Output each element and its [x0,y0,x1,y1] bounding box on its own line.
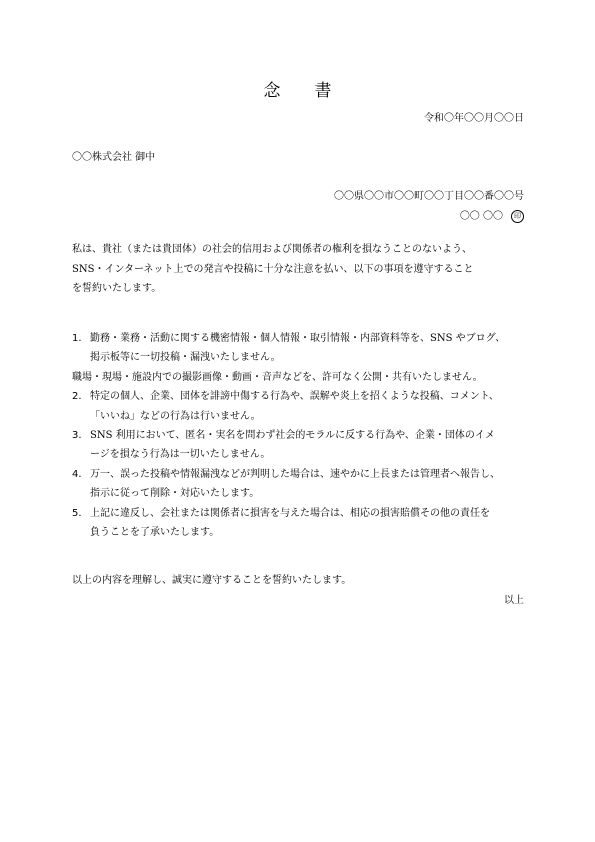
pledge-item-4: 4.万一、誤った投稿や情報漏洩などが判明した場合は、速やかに上長または管理者へ報… [72,465,532,504]
pledge-item-3: 3.SNS 利用において、匿名・実名を問わず社会的モラルに反する行為や、企業・団… [72,426,532,465]
item-number: 5. [72,504,90,523]
item-text-cont: 負うことを了承いたします。 [72,523,532,542]
item-number: 3. [72,426,90,445]
item-text: 職場・現場・施設内での撮影画像・動画・音声などを、許可なく公開・共有いたしません… [72,368,532,387]
title-char-1: 念 [264,76,281,101]
intro-line: を誓約いたします。 [72,279,527,299]
item-text: 特定の個人、企業、団体を誹謗中傷する行為や、誤解や炎上を招くような投稿、コメント… [90,391,499,402]
signer-name-block: 〇〇 〇〇印 [460,210,524,224]
item-text-cont: 「いいね」などの行為は行いません。 [72,407,532,426]
item-number: 1. [72,329,90,348]
signer-address: 〇〇県〇〇市〇〇町〇〇丁目〇〇番〇〇号 [334,190,524,204]
seal-icon: 印 [511,210,524,223]
item-text: SNS 利用において、匿名・実名を問わず社会的モラルに反する行為や、企業・団体の… [90,430,495,441]
pledge-item-unnumbered: 職場・現場・施設内での撮影画像・動画・音声などを、許可なく公開・共有いたしません… [72,368,532,387]
signer-name: 〇〇 〇〇 [460,211,503,222]
item-text-cont: 指示に従って削除・対応いたします。 [72,484,532,503]
date: 令和〇年〇〇月〇〇日 [424,112,524,126]
item-text-cont: ージを損なう行為は一切いたしません。 [72,445,532,464]
document-title: 念書 [0,76,595,101]
title-char-2: 書 [315,76,332,101]
item-number: 4. [72,465,90,484]
pledge-items: 1.勤務・業務・活動に関する機密情報・個人情報・取引情報・内部資料等を、SNS … [72,329,532,542]
item-number: 2. [72,387,90,406]
pledge-item-5: 5.上記に違反し、会社または関係者に損害を与えた場合は、相応の損害賠償その他の責… [72,504,532,543]
item-text: 万一、誤った投稿や情報漏洩などが判明した場合は、速やかに上長または管理者へ報告し… [90,469,500,480]
item-text-cont: 掲示板等に一切投稿・漏洩いたしません。 [72,348,532,367]
pledge-item-1: 1.勤務・業務・活動に関する機密情報・個人情報・取引情報・内部資料等を、SNS … [72,329,532,368]
end-mark: 以上 [504,591,524,606]
addressee: 〇〇株式会社 御中 [72,151,155,165]
intro-paragraph: 私は、貴社（または貴団体）の社会的信用および関係者の権利を損なうことのないよう、… [72,240,527,299]
closing-statement: 以上の内容を理解し、誠実に遵守することを誓約いたします。 [72,571,351,586]
document-page: 念書 令和〇年〇〇月〇〇日 〇〇株式会社 御中 〇〇県〇〇市〇〇町〇〇丁目〇〇番… [0,0,595,842]
pledge-item-2: 2.特定の個人、企業、団体を誹謗中傷する行為や、誤解や炎上を招くような投稿、コメ… [72,387,532,426]
item-text: 勤務・業務・活動に関する機密情報・個人情報・取引情報・内部資料等を、SNS やブ… [90,333,505,344]
intro-line: SNS・インターネット上での発言や投稿に十分な注意を払い、以下の事項を遵守するこ… [72,260,527,280]
intro-line: 私は、貴社（または貴団体）の社会的信用および関係者の権利を損なうことのないよう、 [72,240,527,260]
item-text: 上記に違反し、会社または関係者に損害を与えた場合は、相応の損害賠償その他の責任を [90,508,490,519]
